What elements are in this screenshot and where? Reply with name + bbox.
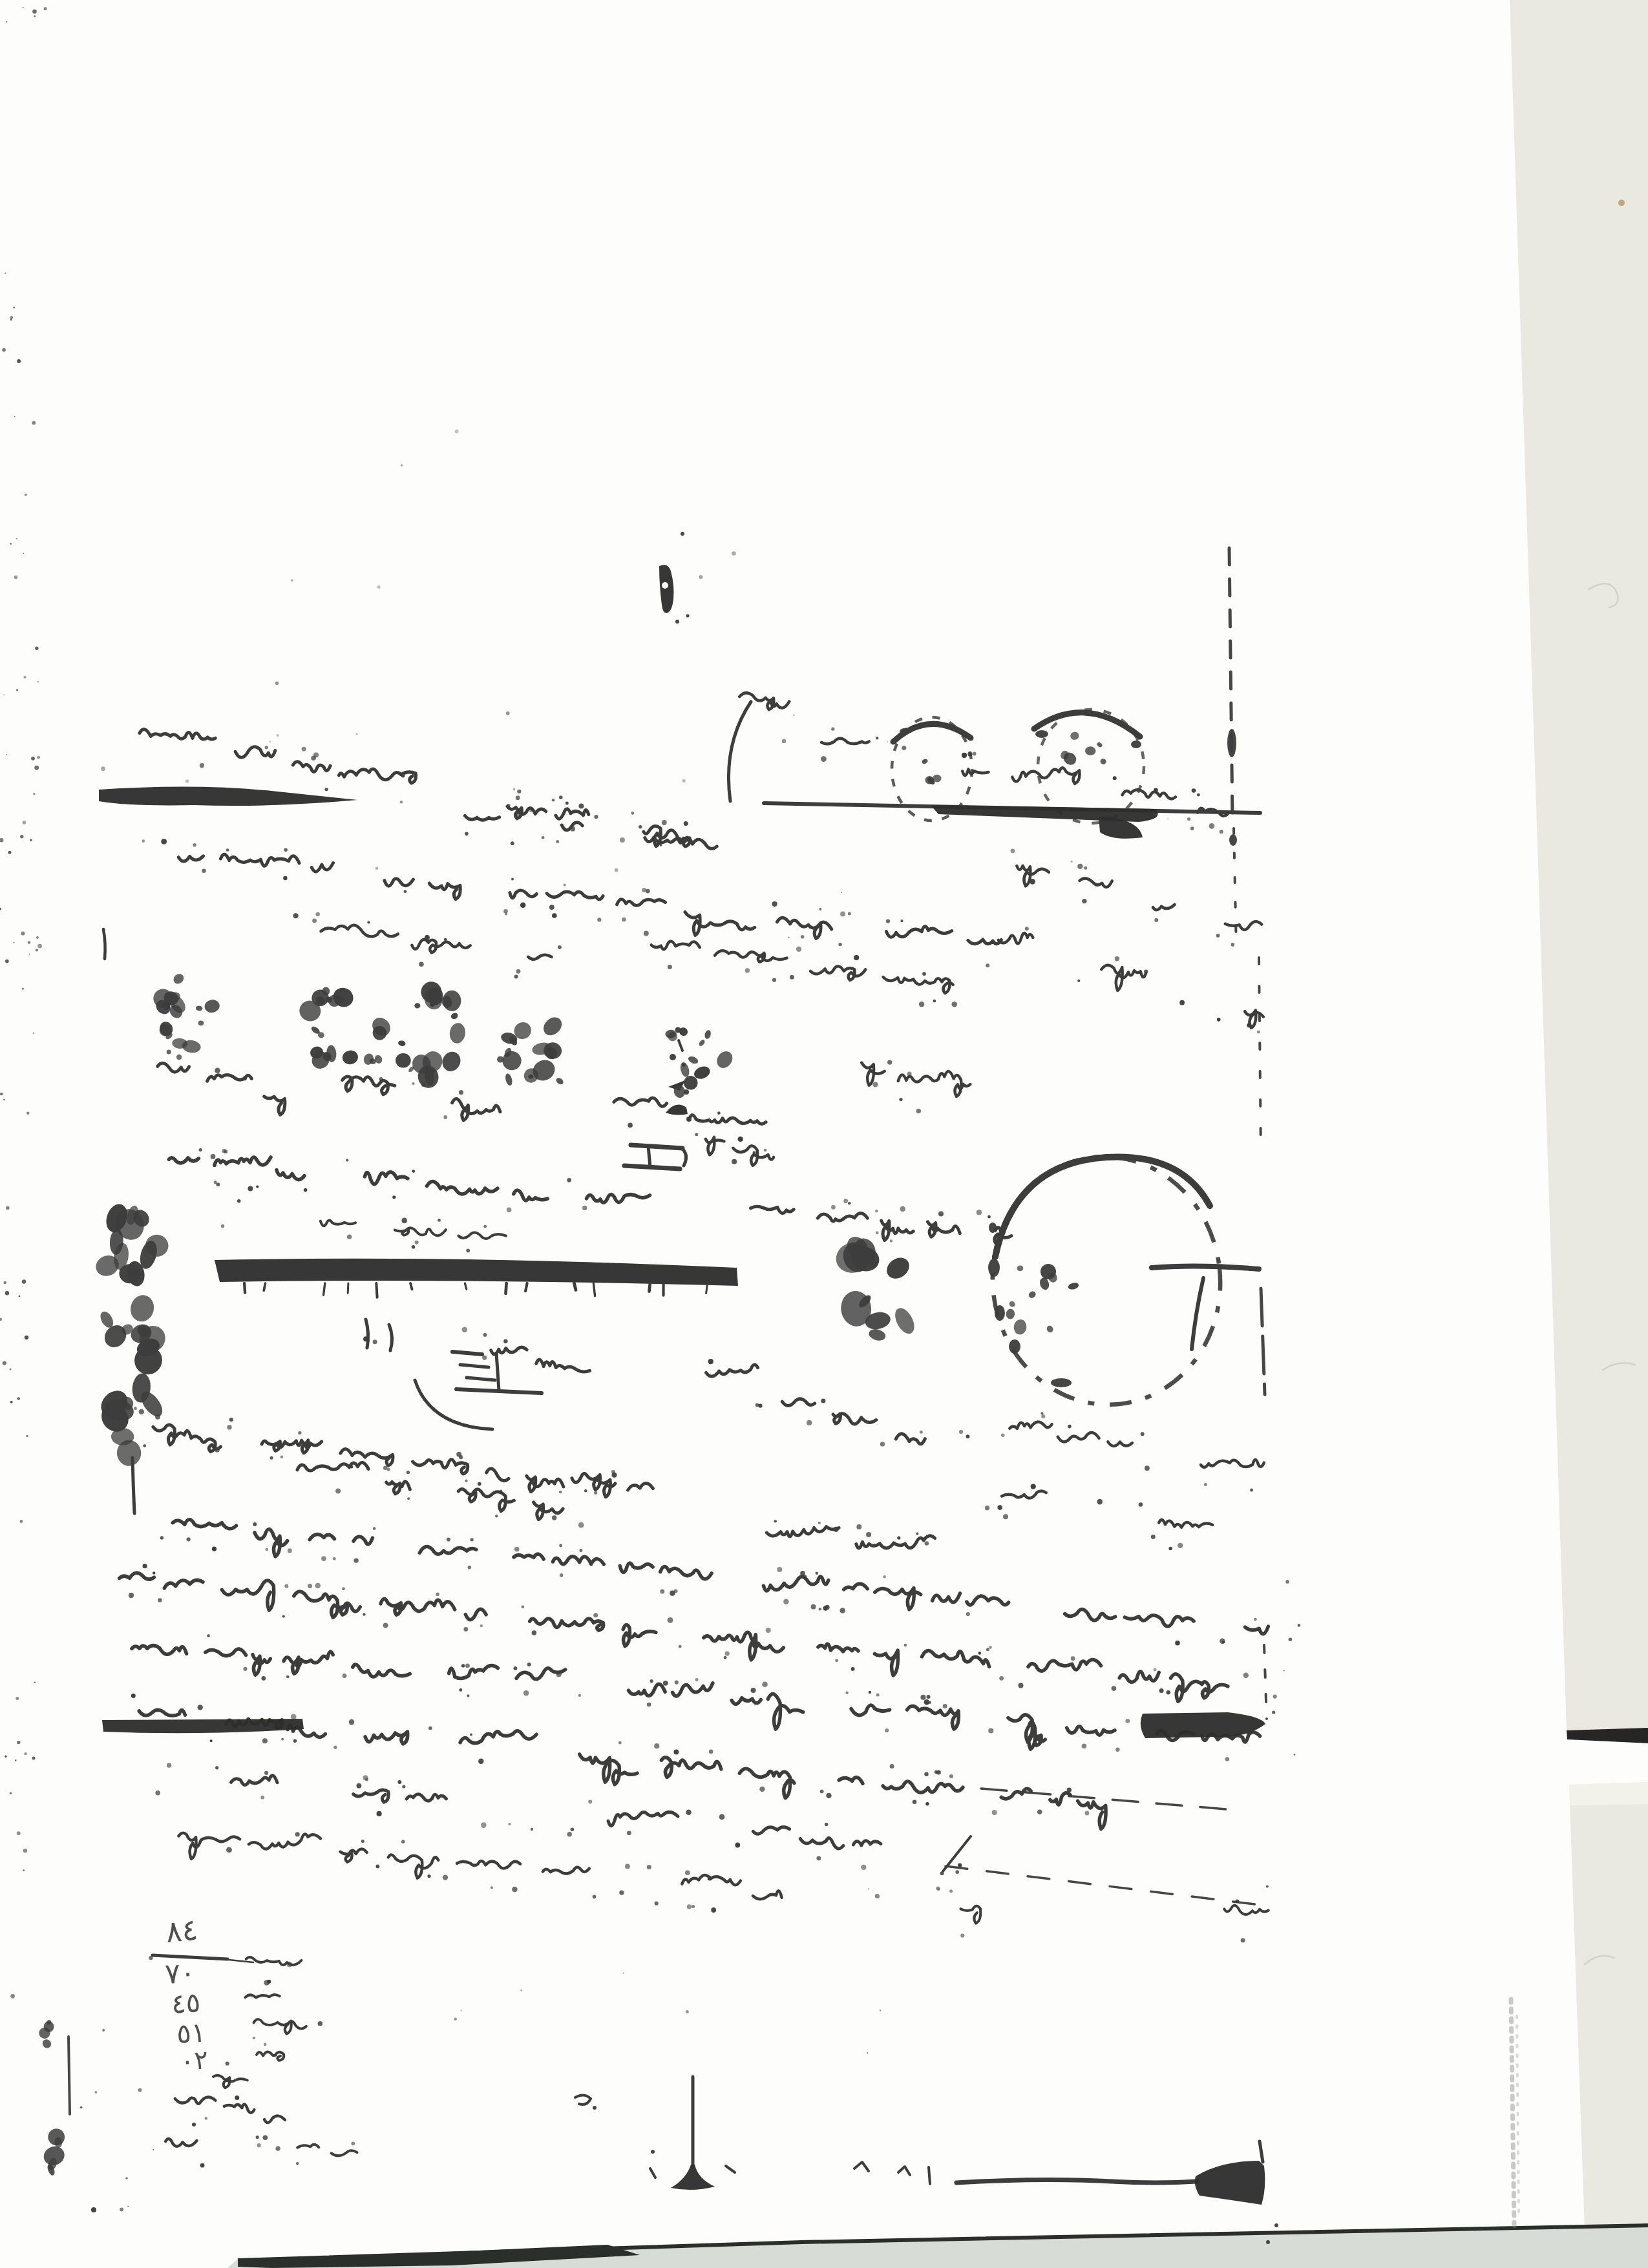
ink-dot [681, 532, 684, 536]
manuscript-scan: ٨٤٧٠٤٥٥١٠٢ [0, 0, 1648, 2268]
ink-stroke [132, 1458, 134, 1513]
scanned-manuscript-page: ٨٤٧٠٤٥٥١٠٢ [0, 0, 1648, 2268]
numeral-value: ٤٥ [170, 1986, 201, 2020]
ink-dot [1266, 2240, 1270, 2244]
ink-stroke [452, 1352, 482, 1354]
ink-stroke [929, 2167, 930, 2184]
ink-dot [593, 2106, 597, 2110]
ink-dot [670, 1054, 676, 1060]
ink-stroke [103, 929, 105, 959]
ink-dot [686, 614, 690, 618]
ink-stroke [648, 1146, 650, 1167]
ink-blob [1229, 834, 1237, 846]
paper-background [0, 0, 1648, 2268]
dashed-border-line [69, 2037, 70, 2114]
ink-stroke [1152, 1266, 1259, 1269]
ink-blob [1051, 1378, 1072, 1387]
ink-blob [995, 1305, 1005, 1321]
ink-stroke [624, 1166, 680, 1169]
ink-blob [988, 1259, 1000, 1277]
ink-dot [651, 2150, 655, 2154]
ink-dot [1618, 200, 1625, 206]
ink-dot [686, 1117, 692, 1122]
ink-stroke [631, 1145, 682, 1148]
ink-dot [675, 620, 679, 624]
ink-blob [1131, 740, 1141, 748]
ink-blot-pinhole [662, 582, 668, 589]
numeral-value: ٧٠ [164, 1957, 196, 1991]
ink-blob [989, 1223, 997, 1233]
ink-blob [1009, 1339, 1020, 1354]
numeral-value: ٠٢ [179, 2045, 209, 2077]
numeral-value: ٨٤ [164, 1912, 199, 1949]
scanner-strip-highlight [1569, 1782, 1648, 1805]
ink-dot [192, 2123, 196, 2126]
ink-dot [1274, 2223, 1278, 2227]
ink-dot [91, 2207, 96, 2212]
ink-blob [1227, 729, 1236, 757]
numeral-value: ٥١ [176, 2017, 207, 2050]
ink-blob [1035, 730, 1048, 738]
